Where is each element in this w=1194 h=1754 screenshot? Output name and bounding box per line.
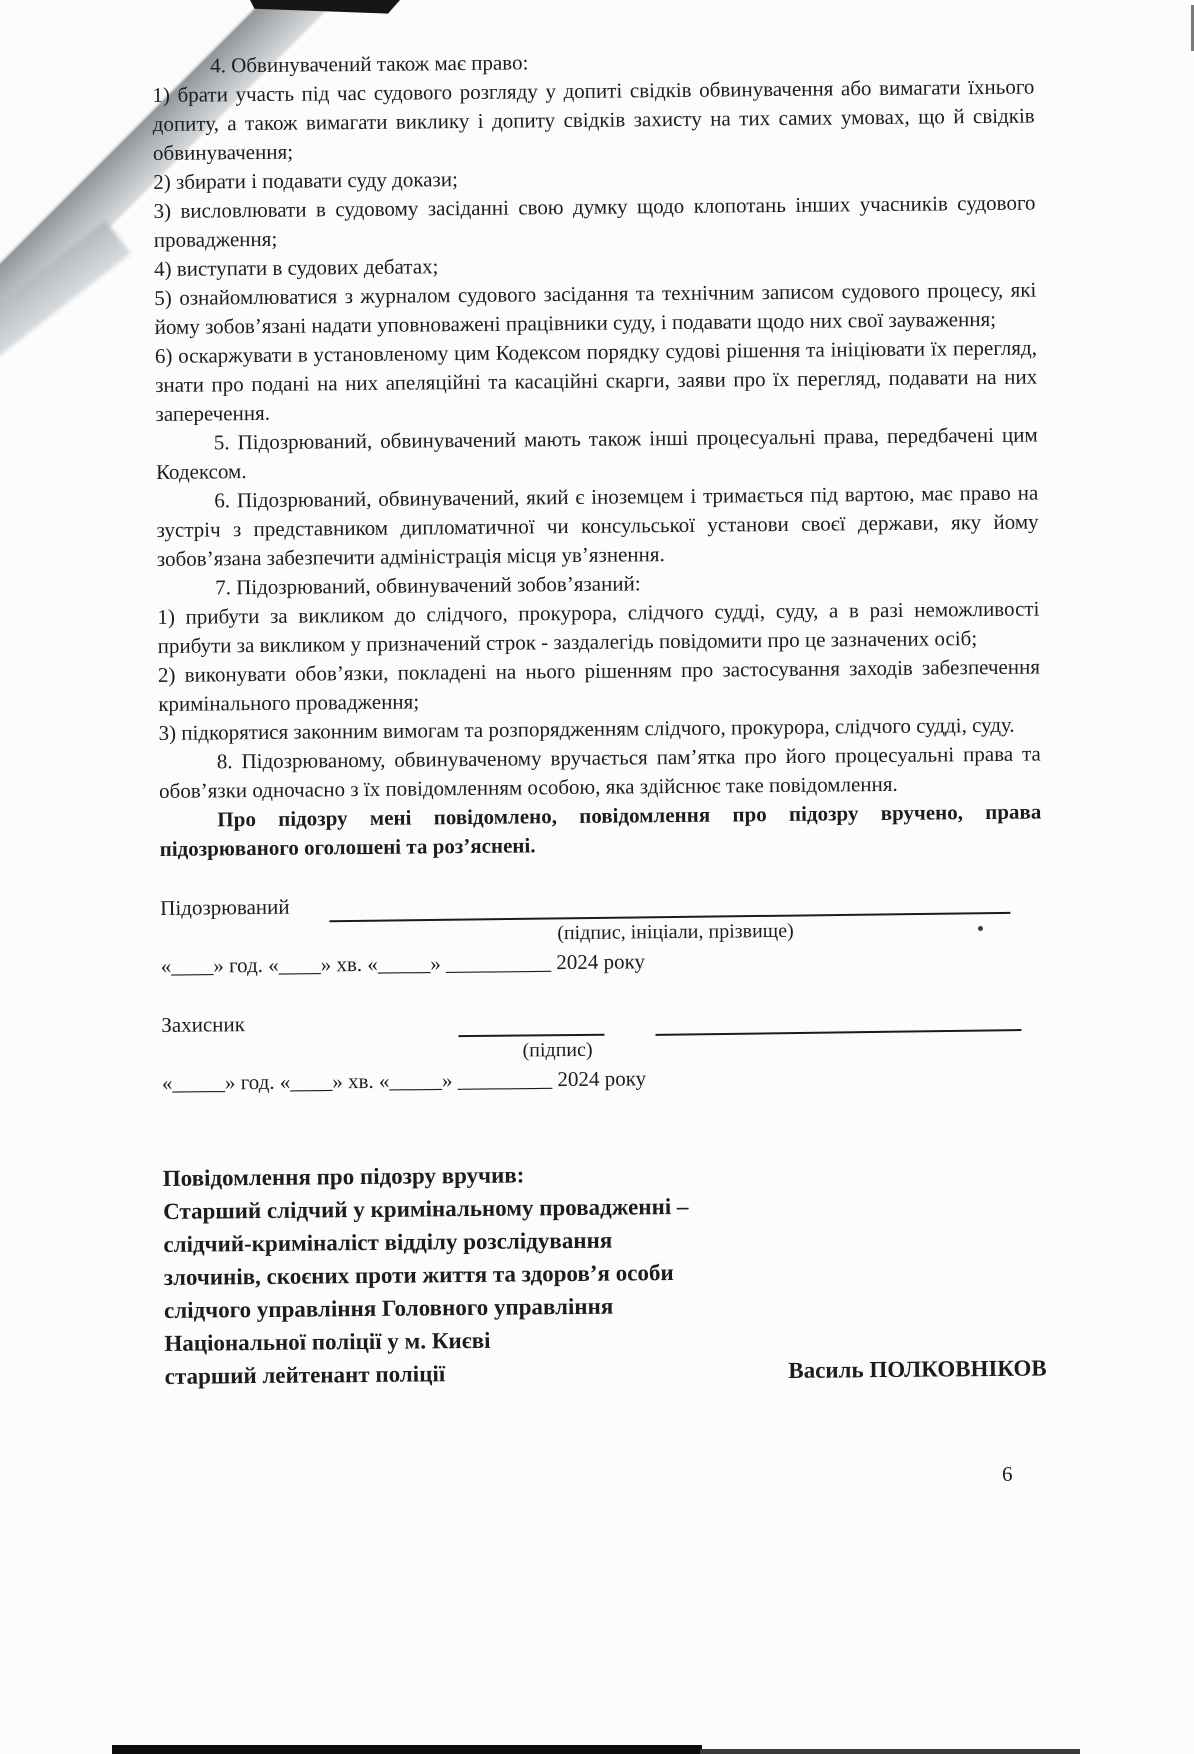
document-body: 4. Обвинувачений також має право: 1) бра… — [152, 44, 1047, 1393]
issuer-name: Василь ПОЛКОВНІКОВ — [788, 1351, 1047, 1386]
notice-paragraph: Про підозру мені повідомлено, повідомлен… — [159, 797, 1042, 863]
item-4-1: 1) брати участь під час судового розгляд… — [152, 73, 1035, 168]
item-4-3: 3) висловлювати в судовому засіданні сво… — [153, 189, 1036, 255]
issuer-rank-name-row: старший лейтенант поліції Василь ПОЛКОВН… — [165, 1351, 1047, 1392]
issuer-block: Повідомлення про підозру вручив: Старший… — [163, 1153, 1047, 1392]
defender-signature-line-1 — [458, 1014, 604, 1037]
scanned-document-page: 4. Обвинувачений також має право: 1) бра… — [0, 0, 1194, 1754]
item-7-2: 2) виконувати обов’язки, покладені на нь… — [158, 653, 1041, 719]
suspect-signature-caption: (підпис, ініціали, прізвище) — [490, 916, 860, 949]
paragraph-5: 5. Підозрюваний, обвинувачений мають так… — [156, 421, 1039, 487]
scan-bottom-bar-light — [700, 1749, 1080, 1754]
scan-bottom-bar — [112, 1745, 702, 1754]
defender-date-line: «_____» год. «____» хв. «_____» ________… — [162, 1060, 1044, 1097]
defender-label: Захисник — [161, 1010, 245, 1040]
suspect-signature-line — [329, 892, 1010, 922]
defender-signature-caption: (підпис) — [447, 1035, 667, 1066]
defender-signature-line-2 — [655, 1009, 1022, 1036]
suspect-signature-row: Підозрюваний — [160, 885, 1042, 922]
page-number: 6 — [1002, 1462, 1013, 1487]
defender-signature-row: Захисник — [161, 1002, 1043, 1039]
paragraph-8: 8. Підозрюваному, обвинуваченому вручаєт… — [159, 740, 1042, 806]
item-7-1: 1) прибути за викликом до слідчого, прок… — [157, 595, 1040, 661]
suspect-label: Підозрюваний — [160, 893, 290, 923]
item-4-5: 5) ознайомлюватися з журналом судового з… — [154, 276, 1037, 342]
item-4-6: 6) оскаржувати в установленому цим Кодек… — [155, 334, 1038, 429]
suspect-date-line: «____» год. «____» хв. «_____» _________… — [161, 943, 1043, 980]
paragraph-6: 6. Підозрюваний, обвинувачений, який є і… — [156, 479, 1039, 574]
issuer-rank: старший лейтенант поліції — [165, 1357, 446, 1393]
